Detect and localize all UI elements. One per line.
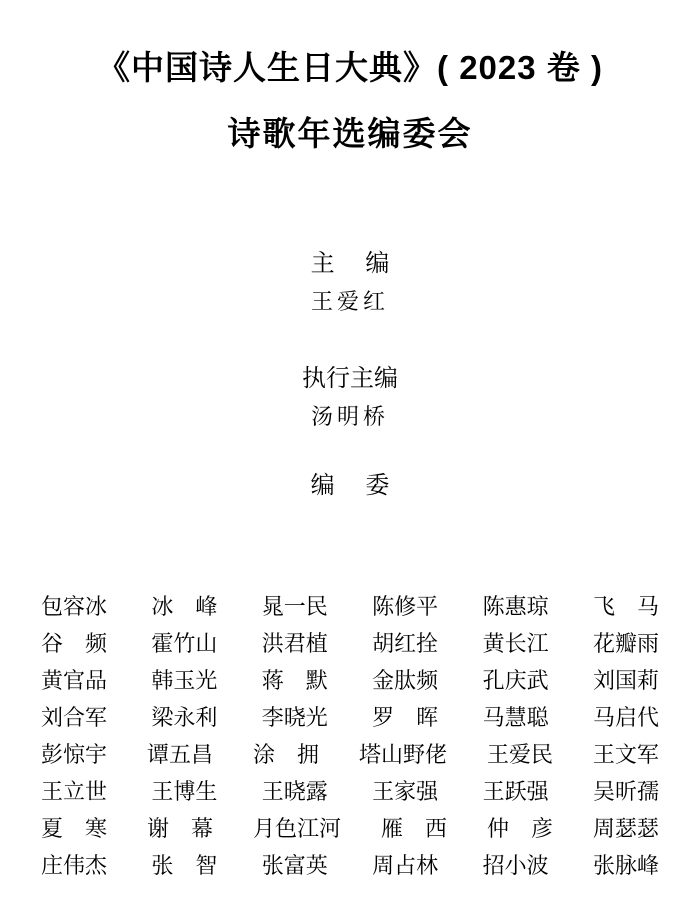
committee-member-name: 招小波 bbox=[483, 847, 549, 884]
committee-member-name: 刘合军 bbox=[41, 699, 107, 736]
committee-member-name: 谢 幕 bbox=[147, 810, 213, 847]
committee-member-name: 花瓣雨 bbox=[593, 625, 659, 662]
committee-member-name: 王晓露 bbox=[262, 773, 328, 810]
committee-member-name: 彭惊宇 bbox=[41, 736, 107, 773]
committee-member-name: 飞 马 bbox=[593, 588, 659, 625]
committee-member-name: 梁永利 bbox=[151, 699, 217, 736]
committee-row: 王立世王博生王晓露王家强王跃强吴昕孺 bbox=[41, 773, 659, 810]
committee-label: 编 委 bbox=[0, 472, 700, 500]
committee-member-name: 王爱民 bbox=[487, 736, 553, 773]
committee-member-name: 谷 频 bbox=[41, 625, 107, 662]
chief-editor-label: 主 编 bbox=[0, 250, 700, 278]
committee-member-name: 黄长江 bbox=[483, 625, 549, 662]
committee-member-name: 陈惠琼 bbox=[483, 588, 549, 625]
committee-member-name: 仲 彦 bbox=[487, 810, 553, 847]
committee-member-name: 涂 拥 bbox=[253, 736, 319, 773]
committee-member-list: 包容冰冰 峰晁一民陈修平陈惠琼飞 马谷 频霍竹山洪君植胡红拴黄长江花瓣雨黄官品韩… bbox=[41, 588, 659, 884]
book-page: 《中国诗人生日大典》( 2023 卷 ) 诗歌年选编委会 主 编 王爱红 执行主… bbox=[0, 0, 700, 912]
committee-member-name: 塔山野佬 bbox=[359, 736, 447, 773]
committee-member-name: 蒋 默 bbox=[262, 662, 328, 699]
committee-member-name: 周占林 bbox=[372, 847, 438, 884]
executive-editor-section: 执行主编 汤明桥 bbox=[0, 365, 700, 430]
committee-row: 庄伟杰张 智张富英周占林招小波张脉峰 bbox=[41, 847, 659, 884]
committee-member-name: 刘国莉 bbox=[593, 662, 659, 699]
committee-member-name: 王立世 bbox=[41, 773, 107, 810]
committee-member-name: 张富英 bbox=[262, 847, 328, 884]
committee-member-name: 冰 峰 bbox=[151, 588, 217, 625]
committee-member-name: 霍竹山 bbox=[151, 625, 217, 662]
committee-member-name: 雁 西 bbox=[381, 810, 447, 847]
chief-editor-name: 王爱红 bbox=[0, 289, 700, 315]
committee-member-name: 王家强 bbox=[372, 773, 438, 810]
committee-member-name: 金肽频 bbox=[372, 662, 438, 699]
executive-editor-label: 执行主编 bbox=[0, 365, 700, 393]
committee-row: 彭惊宇谭五昌涂 拥塔山野佬王爱民王文军 bbox=[41, 736, 659, 773]
executive-editor-name: 汤明桥 bbox=[0, 404, 700, 430]
committee-member-name: 王跃强 bbox=[483, 773, 549, 810]
committee-member-name: 韩玉光 bbox=[151, 662, 217, 699]
committee-member-name: 马启代 bbox=[593, 699, 659, 736]
committee-row: 夏 寒谢 幕月色江河雁 西仲 彦周瑟瑟 bbox=[41, 810, 659, 847]
committee-member-name: 月色江河 bbox=[253, 810, 341, 847]
committee-member-name: 王文军 bbox=[593, 736, 659, 773]
committee-row: 黄官品韩玉光蒋 默金肽频孔庆武刘国莉 bbox=[41, 662, 659, 699]
committee-member-name: 张脉峰 bbox=[593, 847, 659, 884]
committee-member-name: 夏 寒 bbox=[41, 810, 107, 847]
page-title: 《中国诗人生日大典》( 2023 卷 ) bbox=[0, 50, 700, 86]
chief-editor-section: 主 编 王爱红 bbox=[0, 250, 700, 315]
committee-member-name: 周瑟瑟 bbox=[593, 810, 659, 847]
committee-row: 刘合军梁永利李晓光罗 晖马慧聪马启代 bbox=[41, 699, 659, 736]
committee-member-name: 胡红拴 bbox=[372, 625, 438, 662]
committee-row: 谷 频霍竹山洪君植胡红拴黄长江花瓣雨 bbox=[41, 625, 659, 662]
committee-row: 包容冰冰 峰晁一民陈修平陈惠琼飞 马 bbox=[41, 588, 659, 625]
committee-member-name: 张 智 bbox=[151, 847, 217, 884]
committee-member-name: 罗 晖 bbox=[372, 699, 438, 736]
committee-member-name: 包容冰 bbox=[41, 588, 107, 625]
committee-member-name: 晁一民 bbox=[262, 588, 328, 625]
committee-member-name: 洪君植 bbox=[262, 625, 328, 662]
committee-member-name: 马慧聪 bbox=[483, 699, 549, 736]
committee-member-name: 孔庆武 bbox=[483, 662, 549, 699]
committee-member-name: 黄官品 bbox=[41, 662, 107, 699]
committee-member-name: 李晓光 bbox=[262, 699, 328, 736]
committee-member-name: 庄伟杰 bbox=[41, 847, 107, 884]
committee-member-name: 谭五昌 bbox=[147, 736, 213, 773]
committee-member-name: 陈修平 bbox=[372, 588, 438, 625]
committee-member-name: 王博生 bbox=[151, 773, 217, 810]
page-subtitle: 诗歌年选编委会 bbox=[0, 116, 700, 152]
committee-member-name: 吴昕孺 bbox=[593, 773, 659, 810]
